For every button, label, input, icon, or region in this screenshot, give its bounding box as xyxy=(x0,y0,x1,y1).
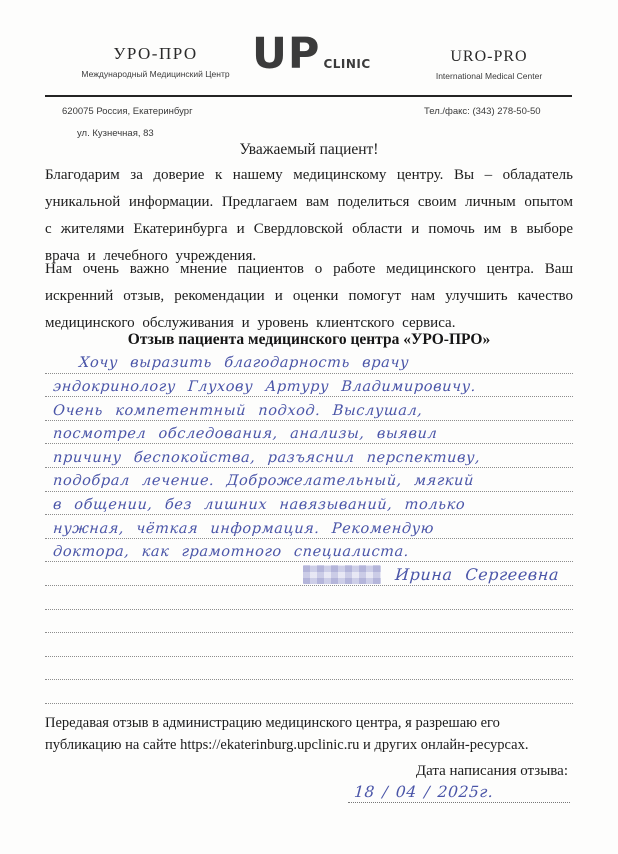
empty-review-line xyxy=(45,657,573,681)
phone-fax: Тел./факс: (343) 278-50-50 xyxy=(424,106,541,117)
review-line: Очень компетентный подход. Выслушал, xyxy=(45,397,573,421)
up-clinic-logo-main: UP xyxy=(252,33,320,76)
handwritten-text: подобрал лечение. Доброжелательный, мягк… xyxy=(52,474,474,490)
address-line-2: ул. Кузнечная, 83 xyxy=(77,128,154,139)
date-label: Дата написания отзыва: xyxy=(416,763,568,780)
importance-paragraph: Нам очень важно мнение пациентов о работ… xyxy=(45,256,573,337)
intro-paragraph: Благодарим за доверие к нашему медицинск… xyxy=(45,162,573,270)
handwritten-text: Хочу выразить благодарность врачу xyxy=(52,356,409,372)
handwritten-text: Очень компетентный подход. Выслушал, xyxy=(52,404,423,420)
handwritten-text: нужная, чёткая информация. Рекомендую xyxy=(52,522,434,538)
handwritten-text: причину беспокойства, разъяснил перспект… xyxy=(52,451,480,467)
scanned-review-document: УРО-ПРО Международный Медицинский Центр … xyxy=(0,0,618,854)
address-line-1: 620075 Россия, Екатеринбург xyxy=(62,106,193,117)
empty-review-line xyxy=(45,680,573,704)
review-line: эндокринологу Глухову Артуру Владимирови… xyxy=(45,374,573,398)
date-line: 18 / 04 / 2025г. xyxy=(348,780,570,803)
uro-pro-ru-title: УРО-ПРО xyxy=(58,44,253,64)
review-line: в общении, без лишних навязываний, тольк… xyxy=(45,492,573,516)
up-clinic-logo-sub: CLINIC xyxy=(323,57,370,71)
uro-pro-en-title: URO-PRO xyxy=(410,48,568,66)
handwritten-text: доктора, как грамотного специалиста. xyxy=(52,545,409,561)
signature-line: Ирина Сергеевна xyxy=(45,562,573,586)
review-line: подобрал лечение. Доброжелательный, мягк… xyxy=(45,468,573,492)
review-line: причину беспокойства, разъяснил перспект… xyxy=(45,444,573,468)
handwritten-review-block: Хочу выразить благодарность врачу эндокр… xyxy=(45,350,573,704)
greeting-heading: Уважаемый пациент! xyxy=(0,141,618,159)
empty-review-line xyxy=(45,586,573,610)
handwritten-date: 18 / 04 / 2025г. xyxy=(353,784,494,801)
signature-name: Ирина Сергеевна xyxy=(394,567,559,585)
redacted-signature-blur xyxy=(303,565,381,584)
review-line: Хочу выразить благодарность врачу xyxy=(45,350,573,374)
up-clinic-logo: UP CLINIC xyxy=(252,33,371,76)
handwritten-text: в общении, без лишних навязываний, тольк… xyxy=(52,498,465,514)
header-divider xyxy=(45,95,572,97)
handwritten-text: эндокринологу Глухову Артуру Владимирови… xyxy=(52,380,476,396)
uro-pro-ru-subtitle: Международный Медицинский Центр xyxy=(58,69,253,79)
uro-pro-ru-logo: УРО-ПРО Международный Медицинский Центр xyxy=(58,44,253,79)
handwritten-text: посмотрел обследования, анализы, выявил xyxy=(52,427,437,443)
review-section-title: Отзыв пациента медицинского центра «УРО-… xyxy=(0,331,618,349)
empty-review-line xyxy=(45,633,573,657)
review-line: нужная, чёткая информация. Рекомендую xyxy=(45,515,573,539)
review-line: посмотрел обследования, анализы, выявил xyxy=(45,421,573,445)
uro-pro-en-logo: URO-PRO International Medical Center xyxy=(410,48,568,81)
empty-review-line xyxy=(45,610,573,634)
publication-consent-text: Передавая отзыв в администрацию медицинс… xyxy=(45,713,575,756)
uro-pro-en-subtitle: International Medical Center xyxy=(410,71,568,81)
review-line: доктора, как грамотного специалиста. xyxy=(45,539,573,563)
